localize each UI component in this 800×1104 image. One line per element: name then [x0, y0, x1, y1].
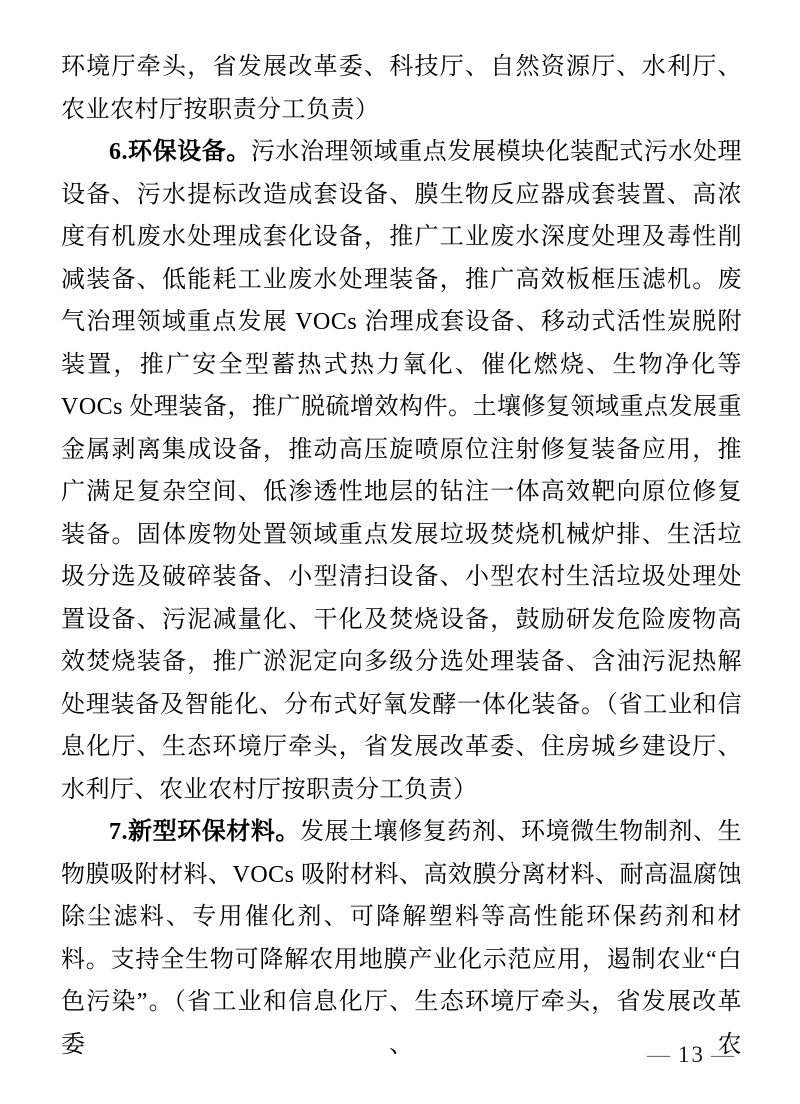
- section-heading: 6.环保设备。: [109, 139, 251, 165]
- page-number-dash-left: —: [641, 1042, 678, 1067]
- paragraph-text: 发展土壤修复药剂、环境微生物制剂、生物膜吸附材料、VOCs 吸附材料、高效膜分离…: [61, 819, 742, 1058]
- section-heading: 7.新型环保材料。: [109, 819, 300, 845]
- page-number: —13—: [641, 1040, 742, 1070]
- paragraph-text: 环境厅牵头，省发展改革委、科技厅、自然资源厅、水利厅、农业农村厅按职责分工负责）: [61, 54, 742, 123]
- page-number-value: 13: [678, 1042, 705, 1067]
- page-number-dash-right: —: [705, 1042, 742, 1067]
- document-body: 环境厅牵头，省发展改革委、科技厅、自然资源厅、水利厅、农业农村厅按职责分工负责）…: [61, 46, 742, 1066]
- paragraph-text: 污水治理领域重点发展模块化装配式污水处理设备、污水提标改造成套设备、膜生物反应器…: [61, 139, 742, 803]
- paragraph: 7.新型环保材料。发展土壤修复药剂、环境微生物制剂、生物膜吸附材料、VOCs 吸…: [61, 811, 742, 1066]
- document-page: 环境厅牵头，省发展改革委、科技厅、自然资源厅、水利厅、农业农村厅按职责分工负责）…: [0, 0, 800, 1104]
- paragraph: 环境厅牵头，省发展改革委、科技厅、自然资源厅、水利厅、农业农村厅按职责分工负责）: [61, 46, 742, 131]
- paragraph: 6.环保设备。污水治理领域重点发展模块化装配式污水处理设备、污水提标改造成套设备…: [61, 131, 742, 811]
